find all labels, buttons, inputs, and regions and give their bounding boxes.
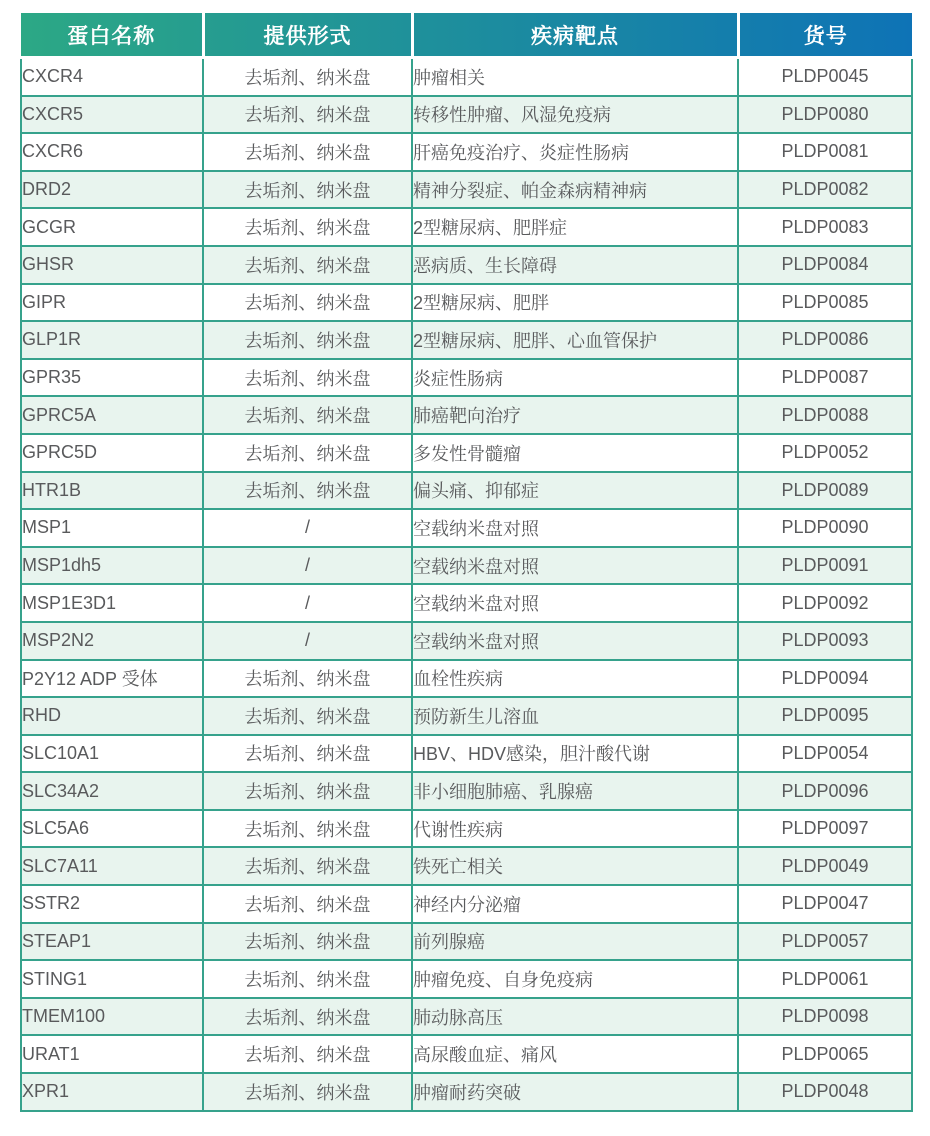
disease-cell: 血栓性疾病: [412, 660, 738, 698]
form-cell: 去垢剂、纳米盘: [203, 735, 412, 773]
table-row: SLC10A1去垢剂、纳米盘HBV、HDV感染，胆汁酸代谢PLDP0054: [21, 735, 912, 773]
catalog-cell: PLDP0054: [738, 735, 912, 773]
form-cell: 去垢剂、纳米盘: [203, 660, 412, 698]
form-cell: /: [203, 547, 412, 585]
column-header-provided-form: 提供形式: [203, 13, 412, 58]
catalog-cell: PLDP0048: [738, 1073, 912, 1111]
protein-cell: RHD: [21, 697, 203, 735]
form-cell: 去垢剂、纳米盘: [203, 697, 412, 735]
catalog-cell: PLDP0096: [738, 772, 912, 810]
protein-cell: SLC34A2: [21, 772, 203, 810]
table-row: GPRC5D去垢剂、纳米盘多发性骨髓瘤PLDP0052: [21, 434, 912, 472]
protein-cell: HTR1B: [21, 472, 203, 510]
table-header: 蛋白名称 提供形式 疾病靶点 货号: [21, 13, 912, 58]
disease-cell: 高尿酸血症、痛风: [412, 1035, 738, 1073]
catalog-cell: PLDP0088: [738, 396, 912, 434]
disease-cell: 空载纳米盘对照: [412, 547, 738, 585]
catalog-cell: PLDP0098: [738, 998, 912, 1036]
disease-cell: 精神分裂症、帕金森病精神病: [412, 171, 738, 209]
form-cell: 去垢剂、纳米盘: [203, 998, 412, 1036]
protein-cell: MSP1E3D1: [21, 584, 203, 622]
protein-cell: GCGR: [21, 208, 203, 246]
catalog-cell: PLDP0087: [738, 359, 912, 397]
catalog-cell: PLDP0047: [738, 885, 912, 923]
protein-cell: GPR35: [21, 359, 203, 397]
table-row: P2Y12 ADP 受体去垢剂、纳米盘血栓性疾病PLDP0094: [21, 660, 912, 698]
disease-cell: 多发性骨髓瘤: [412, 434, 738, 472]
disease-cell: 炎症性肠病: [412, 359, 738, 397]
protein-cell: GLP1R: [21, 321, 203, 359]
table-row: SSTR2去垢剂、纳米盘神经内分泌瘤PLDP0047: [21, 885, 912, 923]
form-cell: /: [203, 584, 412, 622]
catalog-cell: PLDP0061: [738, 960, 912, 998]
disease-cell: 神经内分泌瘤: [412, 885, 738, 923]
protein-cell: CXCR6: [21, 133, 203, 171]
form-cell: /: [203, 622, 412, 660]
header-row: 蛋白名称 提供形式 疾病靶点 货号: [21, 13, 912, 58]
disease-cell: 2型糖尿病、肥胖症: [412, 208, 738, 246]
table-row: DRD2去垢剂、纳米盘精神分裂症、帕金森病精神病PLDP0082: [21, 171, 912, 209]
form-cell: 去垢剂、纳米盘: [203, 321, 412, 359]
disease-cell: 恶病质、生长障碍: [412, 246, 738, 284]
form-cell: 去垢剂、纳米盘: [203, 246, 412, 284]
catalog-cell: PLDP0080: [738, 96, 912, 134]
disease-cell: 肺癌靶向治疗: [412, 396, 738, 434]
table-row: HTR1B去垢剂、纳米盘偏头痛、抑郁症PLDP0089: [21, 472, 912, 510]
form-cell: 去垢剂、纳米盘: [203, 772, 412, 810]
disease-cell: 非小细胞肺癌、乳腺癌: [412, 772, 738, 810]
catalog-cell: PLDP0049: [738, 847, 912, 885]
form-cell: 去垢剂、纳米盘: [203, 58, 412, 96]
protein-product-table: 蛋白名称 提供形式 疾病靶点 货号 CXCR4去垢剂、纳米盘肿瘤相关PLDP00…: [20, 13, 913, 1112]
disease-cell: HBV、HDV感染，胆汁酸代谢: [412, 735, 738, 773]
table-row: CXCR6去垢剂、纳米盘肝癌免疫治疗、炎症性肠病PLDP0081: [21, 133, 912, 171]
disease-cell: 肿瘤免疫、自身免疫病: [412, 960, 738, 998]
form-cell: 去垢剂、纳米盘: [203, 810, 412, 848]
form-cell: 去垢剂、纳米盘: [203, 96, 412, 134]
table-row: RHD去垢剂、纳米盘预防新生儿溶血PLDP0095: [21, 697, 912, 735]
page: 蛋白名称 提供形式 疾病靶点 货号 CXCR4去垢剂、纳米盘肿瘤相关PLDP00…: [0, 0, 930, 1136]
catalog-cell: PLDP0090: [738, 509, 912, 547]
protein-cell: URAT1: [21, 1035, 203, 1073]
column-header-disease-target: 疾病靶点: [412, 13, 738, 58]
table-row: STING1去垢剂、纳米盘肿瘤免疫、自身免疫病PLDP0061: [21, 960, 912, 998]
form-cell: 去垢剂、纳米盘: [203, 960, 412, 998]
catalog-cell: PLDP0081: [738, 133, 912, 171]
protein-cell: SLC5A6: [21, 810, 203, 848]
table-body: CXCR4去垢剂、纳米盘肿瘤相关PLDP0045CXCR5去垢剂、纳米盘转移性肿…: [21, 58, 912, 1111]
protein-cell: XPR1: [21, 1073, 203, 1111]
table-row: MSP2N2/空载纳米盘对照PLDP0093: [21, 622, 912, 660]
catalog-cell: PLDP0084: [738, 246, 912, 284]
disease-cell: 空载纳米盘对照: [412, 509, 738, 547]
protein-cell: TMEM100: [21, 998, 203, 1036]
protein-cell: SSTR2: [21, 885, 203, 923]
disease-cell: 肿瘤耐药突破: [412, 1073, 738, 1111]
disease-cell: 肺动脉高压: [412, 998, 738, 1036]
form-cell: 去垢剂、纳米盘: [203, 434, 412, 472]
disease-cell: 空载纳米盘对照: [412, 622, 738, 660]
catalog-cell: PLDP0086: [738, 321, 912, 359]
table-row: CXCR4去垢剂、纳米盘肿瘤相关PLDP0045: [21, 58, 912, 96]
protein-cell: MSP2N2: [21, 622, 203, 660]
catalog-cell: PLDP0065: [738, 1035, 912, 1073]
table-row: GIPR去垢剂、纳米盘2型糖尿病、肥胖PLDP0085: [21, 284, 912, 322]
catalog-cell: PLDP0093: [738, 622, 912, 660]
table-row: TMEM100去垢剂、纳米盘肺动脉高压PLDP0098: [21, 998, 912, 1036]
disease-cell: 2型糖尿病、肥胖、心血管保护: [412, 321, 738, 359]
form-cell: 去垢剂、纳米盘: [203, 359, 412, 397]
protein-cell: SLC10A1: [21, 735, 203, 773]
table-row: GCGR去垢剂、纳米盘2型糖尿病、肥胖症PLDP0083: [21, 208, 912, 246]
catalog-cell: PLDP0089: [738, 472, 912, 510]
form-cell: 去垢剂、纳米盘: [203, 171, 412, 209]
protein-cell: GPRC5A: [21, 396, 203, 434]
disease-cell: 空载纳米盘对照: [412, 584, 738, 622]
disease-cell: 前列腺癌: [412, 923, 738, 961]
catalog-cell: PLDP0083: [738, 208, 912, 246]
table-row: CXCR5去垢剂、纳米盘转移性肿瘤、风湿免疫病PLDP0080: [21, 96, 912, 134]
catalog-cell: PLDP0052: [738, 434, 912, 472]
catalog-cell: PLDP0094: [738, 660, 912, 698]
column-header-catalog-number: 货号: [738, 13, 912, 58]
table-row: SLC34A2去垢剂、纳米盘非小细胞肺癌、乳腺癌PLDP0096: [21, 772, 912, 810]
protein-cell: GIPR: [21, 284, 203, 322]
disease-cell: 转移性肿瘤、风湿免疫病: [412, 96, 738, 134]
disease-cell: 偏头痛、抑郁症: [412, 472, 738, 510]
form-cell: 去垢剂、纳米盘: [203, 923, 412, 961]
form-cell: 去垢剂、纳米盘: [203, 133, 412, 171]
form-cell: 去垢剂、纳米盘: [203, 1035, 412, 1073]
form-cell: 去垢剂、纳米盘: [203, 847, 412, 885]
catalog-cell: PLDP0097: [738, 810, 912, 848]
table-row: SLC7A11去垢剂、纳米盘铁死亡相关PLDP0049: [21, 847, 912, 885]
disease-cell: 铁死亡相关: [412, 847, 738, 885]
table-row: GPRC5A去垢剂、纳米盘肺癌靶向治疗PLDP0088: [21, 396, 912, 434]
form-cell: 去垢剂、纳米盘: [203, 284, 412, 322]
column-header-protein-name: 蛋白名称: [21, 13, 203, 58]
table-row: GPR35去垢剂、纳米盘炎症性肠病PLDP0087: [21, 359, 912, 397]
catalog-cell: PLDP0082: [738, 171, 912, 209]
form-cell: 去垢剂、纳米盘: [203, 396, 412, 434]
table-row: GHSR去垢剂、纳米盘恶病质、生长障碍PLDP0084: [21, 246, 912, 284]
protein-cell: P2Y12 ADP 受体: [21, 660, 203, 698]
form-cell: 去垢剂、纳米盘: [203, 472, 412, 510]
form-cell: 去垢剂、纳米盘: [203, 208, 412, 246]
table-row: SLC5A6去垢剂、纳米盘代谢性疾病PLDP0097: [21, 810, 912, 848]
protein-cell: GHSR: [21, 246, 203, 284]
form-cell: 去垢剂、纳米盘: [203, 1073, 412, 1111]
table-row: URAT1去垢剂、纳米盘高尿酸血症、痛风PLDP0065: [21, 1035, 912, 1073]
protein-cell: STEAP1: [21, 923, 203, 961]
table-row: MSP1dh5/空载纳米盘对照PLDP0091: [21, 547, 912, 585]
table-row: MSP1/空载纳米盘对照PLDP0090: [21, 509, 912, 547]
protein-cell: MSP1dh5: [21, 547, 203, 585]
table-row: GLP1R去垢剂、纳米盘2型糖尿病、肥胖、心血管保护PLDP0086: [21, 321, 912, 359]
protein-cell: SLC7A11: [21, 847, 203, 885]
table-row: MSP1E3D1/空载纳米盘对照PLDP0092: [21, 584, 912, 622]
protein-cell: STING1: [21, 960, 203, 998]
catalog-cell: PLDP0057: [738, 923, 912, 961]
form-cell: 去垢剂、纳米盘: [203, 885, 412, 923]
catalog-cell: PLDP0091: [738, 547, 912, 585]
disease-cell: 肝癌免疫治疗、炎症性肠病: [412, 133, 738, 171]
disease-cell: 肿瘤相关: [412, 58, 738, 96]
protein-cell: CXCR5: [21, 96, 203, 134]
disease-cell: 预防新生儿溶血: [412, 697, 738, 735]
catalog-cell: PLDP0045: [738, 58, 912, 96]
catalog-cell: PLDP0085: [738, 284, 912, 322]
catalog-cell: PLDP0095: [738, 697, 912, 735]
table-row: STEAP1去垢剂、纳米盘前列腺癌PLDP0057: [21, 923, 912, 961]
protein-cell: GPRC5D: [21, 434, 203, 472]
protein-cell: DRD2: [21, 171, 203, 209]
protein-cell: MSP1: [21, 509, 203, 547]
table-row: XPR1去垢剂、纳米盘肿瘤耐药突破PLDP0048: [21, 1073, 912, 1111]
form-cell: /: [203, 509, 412, 547]
disease-cell: 2型糖尿病、肥胖: [412, 284, 738, 322]
disease-cell: 代谢性疾病: [412, 810, 738, 848]
catalog-cell: PLDP0092: [738, 584, 912, 622]
protein-cell: CXCR4: [21, 58, 203, 96]
